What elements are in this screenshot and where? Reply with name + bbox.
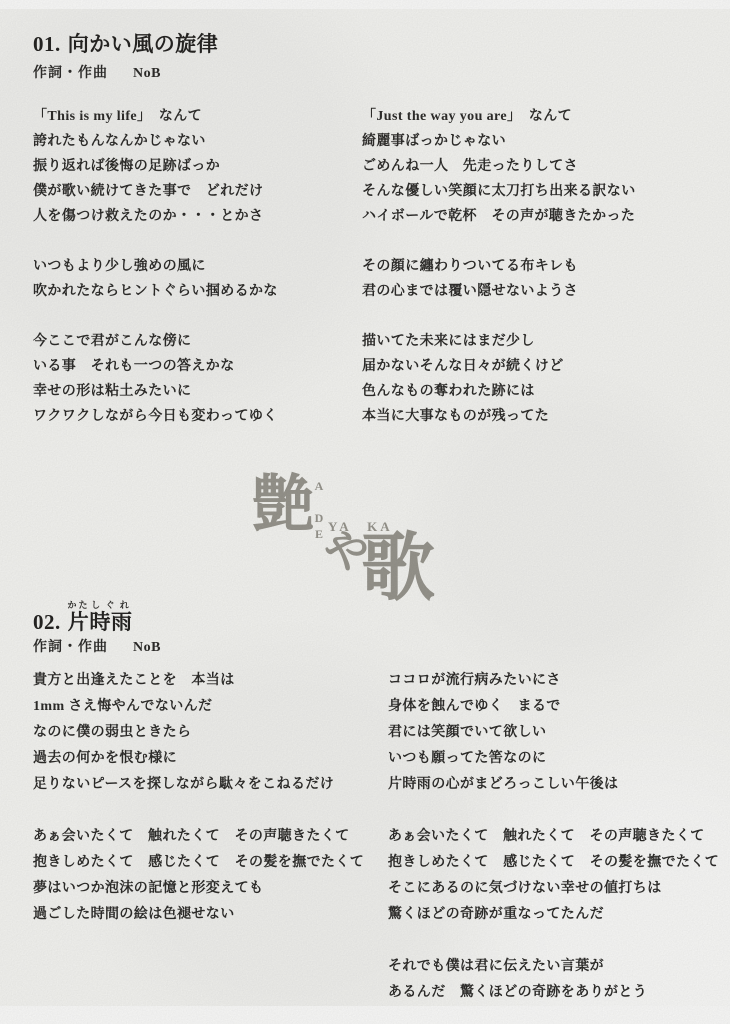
lyric-line: 過去の何かを恨む様に (33, 746, 364, 772)
lyric-line: 本当に大事なものが残ってた (362, 404, 636, 429)
song-2-number: 02. (33, 610, 61, 634)
stanza: あぁ会いたくて 触れたくて その声聴きたくて抱きしめたくて 感じたくて その髪を… (388, 824, 719, 928)
lyric-line: 誇れたもんなんかじゃない (33, 129, 278, 154)
lyric-line: あるんだ 驚くほどの奇跡をありがとう (388, 980, 719, 1006)
stanza: ココロが流行病みたいにさ身体を蝕んでゆく まるで君には笑顔でいて欲しいいつも願っ… (388, 668, 719, 798)
lyric-line: なのに僕の弱虫ときたら (33, 720, 364, 746)
lyric-line: 君の心までは覆い隠せないようさ (362, 279, 636, 304)
lyric-line: 抱きしめたくて 感じたくて その髪を撫でたくて (388, 850, 719, 876)
lyric-line: 振り返れば後悔の足跡ばっか (33, 154, 278, 179)
lyric-line: 「This is my life」 なんて (33, 104, 278, 129)
lyric-line: ワクワクしながら今日も変わってゆく (33, 404, 278, 429)
song-2-title: 02.片かた時雨しぐれ (33, 600, 133, 636)
stanza: いつもより少し強めの風に吹かれたならヒントぐらい掴めるかな (33, 254, 278, 304)
lyric-line: 今ここで君がこんな傍に (33, 329, 278, 354)
song-1-right-column: 「Just the way you are」 なんて綺麗事ばっかじゃないごめんね… (362, 104, 636, 429)
stanza: 「This is my life」 なんて誇れたもんなんかじゃない振り返れば後悔… (33, 104, 278, 229)
lyric-line: 貴方と出逢えたことを 本当は (33, 668, 364, 694)
logo-kanji-uta: 歌 (361, 532, 435, 606)
song-2-name: 片かた時雨しぐれ (68, 610, 133, 634)
lyric-line: 身体を蝕んでゆく まるで (388, 694, 719, 720)
lyric-line: 夢はいつか泡沫の記憶と形変えても (33, 876, 364, 902)
song-2-credit-name: NoB (133, 640, 161, 655)
lyric-line: 綺麗事ばっかじゃない (362, 129, 636, 154)
lyric-line: それでも僕は君に伝えたい言葉が (388, 954, 719, 980)
lyric-line: 過ごした時間の絵は色褪せない (33, 902, 364, 928)
lyric-line: 足りないピースを探しながら駄々をこねるだけ (33, 772, 364, 798)
lyric-line: そこにあるのに気づけない幸せの値打ちは (388, 876, 719, 902)
song-2-left-column: 貴方と出逢えたことを 本当は1mm さえ悔やんでないんだなのに僕の弱虫ときたら過… (33, 668, 364, 928)
lyric-line: 色んなもの奪われた跡には (362, 379, 636, 404)
ruby-segment: 片かた (68, 610, 90, 634)
lyric-line: ココロが流行病みたいにさ (388, 668, 719, 694)
lyric-line: そんな優しい笑顔に太刀打ち出来る訳ない (362, 179, 636, 204)
logo-kanji-ade: 艶 (252, 474, 314, 536)
lyric-line: 人を傷つけ救えたのか・・・とかさ (33, 204, 278, 229)
stanza: 描いてた未来にはまだ少し届かないそんな日々が続くけど色んなもの奪われた跡には本当… (362, 329, 636, 429)
lyric-line: 抱きしめたくて 感じたくて その髪を撫でたくて (33, 850, 364, 876)
stanza: 今ここで君がこんな傍にいる事 それも一つの答えかな幸せの形は粘土みたいにワクワク… (33, 329, 278, 429)
lyric-line: その顔に纏わりついてる布キレも (362, 254, 636, 279)
lyric-line: いる事 それも一つの答えかな (33, 354, 278, 379)
song-1-name: 向かい風の旋律 (68, 32, 219, 56)
lyric-line: 届かないそんな日々が続くけど (362, 354, 636, 379)
lyric-line: 幸せの形は粘土みたいに (33, 379, 278, 404)
lyric-line: 驚くほどの奇跡が重なってたんだ (388, 902, 719, 928)
lyric-line: いつも願ってた筈なのに (388, 746, 719, 772)
lyrics-sheet-page: 01.向かい風の旋律 作詞・作曲NoB 「This is my life」 なん… (0, 0, 730, 1024)
paper-bottom-edge (0, 1006, 730, 1024)
song-1-number: 01. (33, 32, 61, 56)
song-1-title: 01.向かい風の旋律 (33, 28, 218, 58)
lyric-line: 「Just the way you are」 なんて (362, 104, 636, 129)
stanza: 貴方と出逢えたことを 本当は1mm さえ悔やんでないんだなのに僕の弱虫ときたら過… (33, 668, 364, 798)
stanza: それでも僕は君に伝えたい言葉があるんだ 驚くほどの奇跡をありがとう (388, 954, 719, 1006)
stanza: あぁ会いたくて 触れたくて その声聴きたくて抱きしめたくて 感じたくて その髪を… (33, 824, 364, 928)
lyric-line: 1mm さえ悔やんでないんだ (33, 694, 364, 720)
paper-top-edge (0, 0, 730, 9)
stanza: その顔に纏わりついてる布キレも君の心までは覆い隠せないようさ (362, 254, 636, 304)
stanza: 「Just the way you are」 なんて綺麗事ばっかじゃないごめんね… (362, 104, 636, 229)
lyric-line: あぁ会いたくて 触れたくて その声聴きたくて (388, 824, 719, 850)
lyric-line: 吹かれたならヒントぐらい掴めるかな (33, 279, 278, 304)
lyric-line: 描いてた未来にはまだ少し (362, 329, 636, 354)
lyric-line: ハイボールで乾杯 その声が聴きたかった (362, 204, 636, 229)
ruby-segment: 時雨しぐれ (90, 610, 133, 634)
song-1-credit: 作詞・作曲NoB (33, 62, 161, 82)
lyric-line: 君には笑顔でいて欲しい (388, 720, 719, 746)
lyric-line: あぁ会いたくて 触れたくて その声聴きたくて (33, 824, 364, 850)
lyric-line: 僕が歌い続けてきた事で どれだけ (33, 179, 278, 204)
song-1-credit-label: 作詞・作曲 (33, 66, 108, 81)
lyric-line: ごめんね一人 先走ったりしてさ (362, 154, 636, 179)
song-1-left-column: 「This is my life」 なんて誇れたもんなんかじゃない振り返れば後悔… (33, 104, 278, 429)
adeyaka-logo: 艶 A DE YA KA や 歌 (250, 462, 465, 627)
song-2-credit-label: 作詞・作曲 (33, 640, 108, 655)
song-2-credit: 作詞・作曲NoB (33, 636, 161, 656)
lyric-line: いつもより少し強めの風に (33, 254, 278, 279)
song-1-credit-name: NoB (133, 66, 161, 81)
lyric-line: 片時雨の心がまどろっこしい午後は (388, 772, 719, 798)
song-2-right-column: ココロが流行病みたいにさ身体を蝕んでゆく まるで君には笑顔でいて欲しいいつも願っ… (388, 668, 719, 1006)
